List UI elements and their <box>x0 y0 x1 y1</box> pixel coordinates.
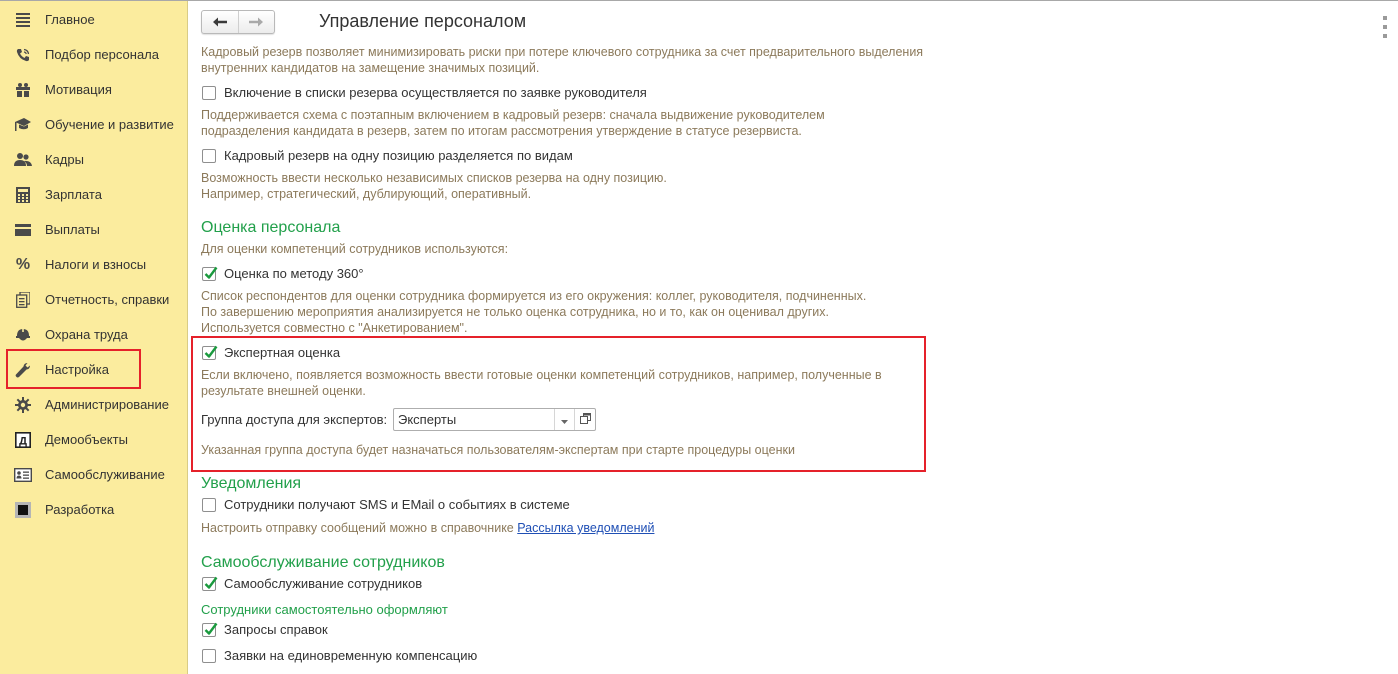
checkbox-checked <box>202 623 216 637</box>
sidebar-item-payments[interactable]: Выплаты <box>0 212 188 247</box>
method-360-hint-1: Список респондентов для оценки сотрудник… <box>201 288 866 304</box>
checkbox-label: Самообслуживание сотрудников <box>224 576 422 591</box>
graduation-cap-icon <box>14 116 32 134</box>
assessment-section-title: Оценка персонала <box>201 219 340 237</box>
percent-icon: % <box>14 256 32 274</box>
sidebar: Главное Подбор персонала Мотивация Обуче… <box>0 1 188 674</box>
self-service-subtitle: Сотрудники самостоятельно оформляют <box>201 602 448 617</box>
checkbox-label: Кадровый резерв на одну позицию разделяе… <box>224 148 573 163</box>
dropdown-button[interactable] <box>554 409 574 430</box>
sidebar-item-label: Главное <box>45 12 95 27</box>
wrench-icon <box>14 361 32 379</box>
checkmark-icon <box>203 344 219 360</box>
checkbox-label: Заявки на единовременную компенсацию <box>224 648 477 663</box>
reserve-by-types-checkbox[interactable]: Кадровый резерв на одну позицию разделяе… <box>202 148 573 163</box>
sidebar-item-recruiting[interactable]: Подбор персонала <box>0 37 188 72</box>
documents-icon <box>14 291 32 309</box>
checkmark-icon <box>203 575 219 591</box>
notifications-section-title: Уведомления <box>201 475 301 493</box>
expert-group-select[interactable]: Эксперты <box>393 408 596 431</box>
checkbox-checked <box>202 577 216 591</box>
phone-icon <box>14 46 32 64</box>
reserve-by-manager-hint-2: подразделения кандидата в резерв, затем … <box>201 123 802 139</box>
demo-d-icon: Д <box>14 431 32 449</box>
checkbox-unchecked <box>202 649 216 663</box>
arrow-right-icon <box>248 15 264 30</box>
expert-group-value[interactable]: Эксперты <box>394 409 554 430</box>
sidebar-item-settings[interactable]: Настройка <box>0 352 188 387</box>
gear-icon <box>14 396 32 414</box>
chevron-down-icon <box>561 412 568 427</box>
compensation-requests-checkbox[interactable]: Заявки на единовременную компенсацию <box>202 648 477 663</box>
checkbox-label: Сотрудники получают SMS и EMail о событи… <box>224 497 570 512</box>
checkbox-label: Запросы справок <box>224 622 328 637</box>
sidebar-item-label: Мотивация <box>45 82 112 97</box>
sidebar-item-label: Настройка <box>45 362 109 377</box>
back-button[interactable] <box>202 11 238 33</box>
checkbox-checked <box>202 346 216 360</box>
notification-mailing-link[interactable]: Рассылка уведомлений <box>517 521 654 535</box>
main-panel: Управление персоналом Кадровый резерв по… <box>189 1 1398 674</box>
sidebar-item-labor-safety[interactable]: Охрана труда <box>0 317 188 352</box>
notifications-hint: Настроить отправку сообщений можно в спр… <box>201 520 654 536</box>
expert-hint-1: Если включено, появляется возможность вв… <box>201 367 882 383</box>
sidebar-item-self-service[interactable]: Самообслуживание <box>0 457 188 492</box>
svg-text:Д: Д <box>19 435 27 447</box>
checkbox-label: Оценка по методу 360° <box>224 266 364 281</box>
open-window-icon <box>580 412 591 427</box>
sidebar-item-label: Администрирование <box>45 397 169 412</box>
sidebar-item-label: Самообслуживание <box>45 467 165 482</box>
checkbox-label: Включение в списки резерва осуществляетс… <box>224 85 647 100</box>
sidebar-item-reports[interactable]: Отчетность, справки <box>0 282 188 317</box>
sidebar-item-label: Зарплата <box>45 187 102 202</box>
expert-group-hint: Указанная группа доступа будет назначать… <box>201 442 795 458</box>
sidebar-item-training[interactable]: Обучение и развитие <box>0 107 188 142</box>
dev-square-icon <box>14 501 32 519</box>
checkbox-unchecked <box>202 498 216 512</box>
self-service-section-title: Самообслуживание сотрудников <box>201 554 445 572</box>
open-button[interactable] <box>574 409 595 430</box>
sidebar-item-main[interactable]: Главное <box>0 2 188 37</box>
method-360-checkbox[interactable]: Оценка по методу 360° <box>202 266 364 281</box>
id-card-icon <box>14 466 32 484</box>
reserve-intro-line-1: Кадровый резерв позволяет минимизировать… <box>201 44 923 60</box>
checkmark-icon <box>203 621 219 637</box>
checkbox-checked <box>202 267 216 281</box>
checkbox-label: Экспертная оценка <box>224 345 340 360</box>
sidebar-item-label: Отчетность, справки <box>45 292 169 307</box>
sidebar-item-label: Подбор персонала <box>45 47 159 62</box>
card-icon <box>14 221 32 239</box>
checkbox-unchecked <box>202 149 216 163</box>
sidebar-item-administration[interactable]: Администрирование <box>0 387 188 422</box>
sidebar-item-label: Кадры <box>45 152 84 167</box>
sidebar-item-development[interactable]: Разработка <box>0 492 188 527</box>
sidebar-item-label: Налоги и взносы <box>45 257 146 272</box>
calculator-icon <box>14 186 32 204</box>
reserve-intro-line-2: внутренних кандидатов на замещение значи… <box>201 60 539 76</box>
reserve-by-types-hint-2: Например, стратегический, дублирующий, о… <box>201 186 531 202</box>
sidebar-item-personnel[interactable]: Кадры <box>0 142 188 177</box>
sidebar-item-demo[interactable]: Д Демообъекты <box>0 422 188 457</box>
expert-group-label: Группа доступа для экспертов: <box>201 412 387 427</box>
self-service-checkbox[interactable]: Самообслуживание сотрудников <box>202 576 422 591</box>
users-icon <box>14 151 32 169</box>
notifications-hint-text: Настроить отправку сообщений можно в спр… <box>201 521 514 535</box>
assessment-intro: Для оценки компетенций сотрудников испол… <box>201 241 508 257</box>
arrow-left-icon <box>212 15 228 30</box>
sidebar-item-label: Выплаты <box>45 222 100 237</box>
sidebar-item-motivation[interactable]: Мотивация <box>0 72 188 107</box>
more-vertical-icon[interactable] <box>1383 16 1389 38</box>
reserve-by-types-hint-1: Возможность ввести несколько независимых… <box>201 170 667 186</box>
sidebar-item-taxes[interactable]: % Налоги и взносы <box>0 247 188 282</box>
sidebar-item-label: Обучение и развитие <box>45 117 174 132</box>
checkmark-icon <box>203 265 219 281</box>
sidebar-item-label: Разработка <box>45 502 114 517</box>
method-360-hint-3: Используется совместно с "Анкетированием… <box>201 320 467 336</box>
history-navigation <box>201 10 275 34</box>
helmet-icon <box>14 326 32 344</box>
certificate-requests-checkbox[interactable]: Запросы справок <box>202 622 328 637</box>
reserve-by-manager-checkbox[interactable]: Включение в списки резерва осуществляетс… <box>202 85 647 100</box>
method-360-hint-2: По завершению мероприятия анализируется … <box>201 304 829 320</box>
expert-assessment-checkbox[interactable]: Экспертная оценка <box>202 345 340 360</box>
reserve-by-manager-hint-1: Поддерживается схема с поэтапным включен… <box>201 107 825 123</box>
window-top-border <box>0 0 1398 1</box>
forward-button[interactable] <box>238 11 275 33</box>
sidebar-item-label: Охрана труда <box>45 327 128 342</box>
sidebar-item-salary[interactable]: Зарплата <box>0 177 188 212</box>
expert-hint-2: результате внешней оценки. <box>201 383 366 399</box>
sidebar-item-label: Демообъекты <box>45 432 128 447</box>
checkbox-unchecked <box>202 86 216 100</box>
page-title: Управление персоналом <box>319 11 526 32</box>
menu-lines-icon <box>14 11 32 29</box>
gift-icon <box>14 81 32 99</box>
sms-email-checkbox[interactable]: Сотрудники получают SMS и EMail о событи… <box>202 497 570 512</box>
